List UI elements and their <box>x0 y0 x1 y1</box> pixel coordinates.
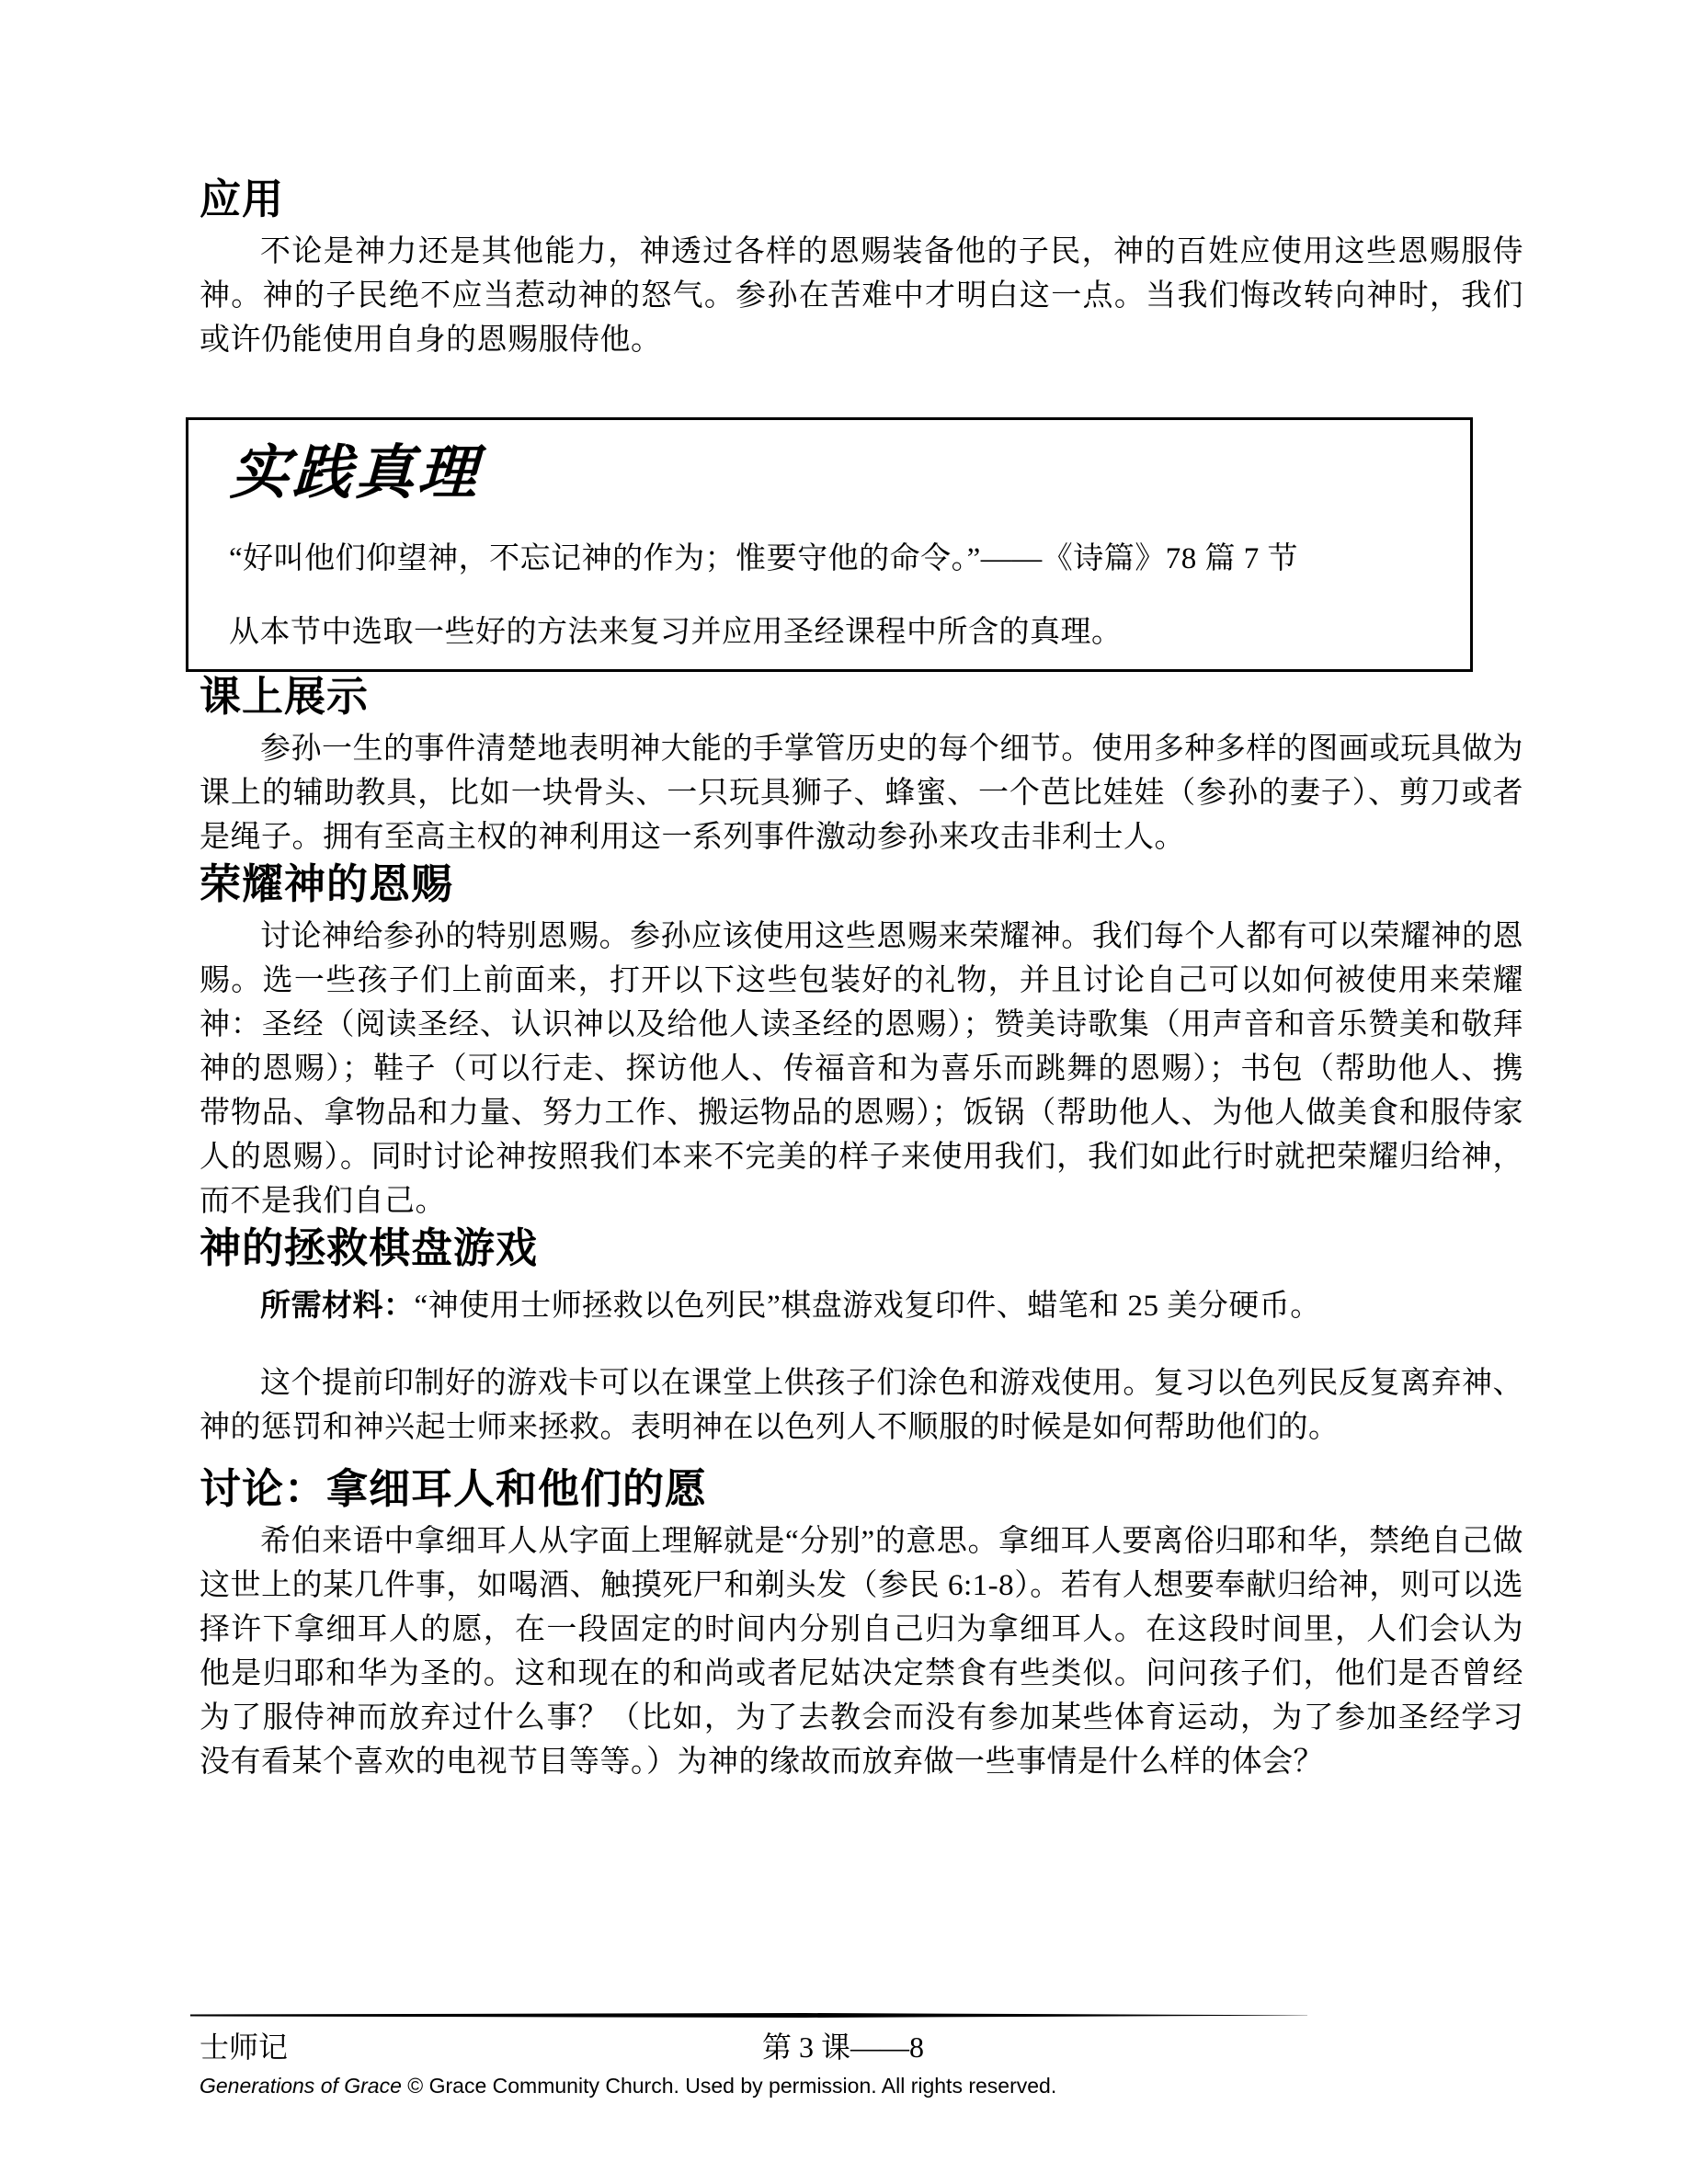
footer-book-title: 士师记 <box>200 2029 288 2065</box>
page-footer: 士师记 第 3 课——8 Generations of Grace © Grac… <box>200 2013 1523 2099</box>
section-heading-class-display: 课上展示 <box>200 672 1523 722</box>
section-heading-board-game: 神的拯救棋盘游戏 <box>200 1223 1523 1273</box>
top-margin <box>200 0 1523 175</box>
section-heading-discussion: 讨论：拿细耳人和他们的愿 <box>200 1464 1523 1514</box>
class-display-paragraph: 参孙一生的事件清楚地表明神大能的手掌管历史的每个细节。使用多种多样的图画或玩具做… <box>200 727 1523 859</box>
practice-truth-title: 实践真理 <box>229 438 1436 509</box>
board-game-paragraph: 这个提前印制好的游戏卡可以在课堂上供孩子们涂色和游戏使用。复习以色列民反复离弃神… <box>200 1361 1523 1450</box>
footer-page-number: 第 3 课——8 <box>762 2029 924 2065</box>
footer-row: 士师记 第 3 课——8 <box>200 2029 1523 2065</box>
materials-label: 所需材料： <box>260 1290 415 1323</box>
section-heading-glorify-gifts: 荣耀神的恩赐 <box>200 859 1523 909</box>
materials-text: “神使用士师拯救以色列民”棋盘游戏复印件、蜡笔和 25 美分硬币。 <box>415 1290 1321 1323</box>
copyright-source-name: Generations of Grace <box>200 2074 402 2098</box>
footer-copyright: Generations of Grace © Grace Community C… <box>200 2073 1523 2099</box>
board-game-materials-line: 所需材料：“神使用士师拯救以色列民”棋盘游戏复印件、蜡笔和 25 美分硬币。 <box>200 1284 1523 1328</box>
practice-truth-box: 实践真理 “好叫他们仰望神，不忘记神的作为；惟要守他的命令。”——《诗篇》78 … <box>186 417 1473 672</box>
practice-truth-instruction: 从本节中选取一些好的方法来复习并应用圣经课程中所含的真理。 <box>229 610 1433 654</box>
discussion-paragraph: 希伯来语中拿细耳人从字面上理解就是“分别”的意思。拿细耳人要离俗归耶和华，禁绝自… <box>200 1519 1523 1784</box>
practice-truth-quote: “好叫他们仰望神，不忘记神的作为；惟要守他的命令。”——《诗篇》78 篇 7 节 <box>229 537 1433 581</box>
document-content: 应用 不论是神力还是其他能力，神透过各样的恩赐装备他的子民，神的百姓应使用这些恩… <box>200 0 1523 1784</box>
footer-divider-line <box>190 2013 1307 2018</box>
glorify-gifts-paragraph: 讨论神给参孙的特别恩赐。参孙应该使用这些恩赐来荣耀神。我们每个人都有可以荣耀神的… <box>200 915 1523 1223</box>
document-page: 应用 不论是神力还是其他能力，神透过各样的恩赐装备他的子民，神的百姓应使用这些恩… <box>0 0 1688 2184</box>
section-heading-application: 应用 <box>200 175 1523 224</box>
copyright-rights-text: © Grace Community Church. Used by permis… <box>402 2074 1056 2098</box>
application-paragraph: 不论是神力还是其他能力，神透过各样的恩赐装备他的子民，神的百姓应使用这些恩赐服侍… <box>200 230 1523 362</box>
